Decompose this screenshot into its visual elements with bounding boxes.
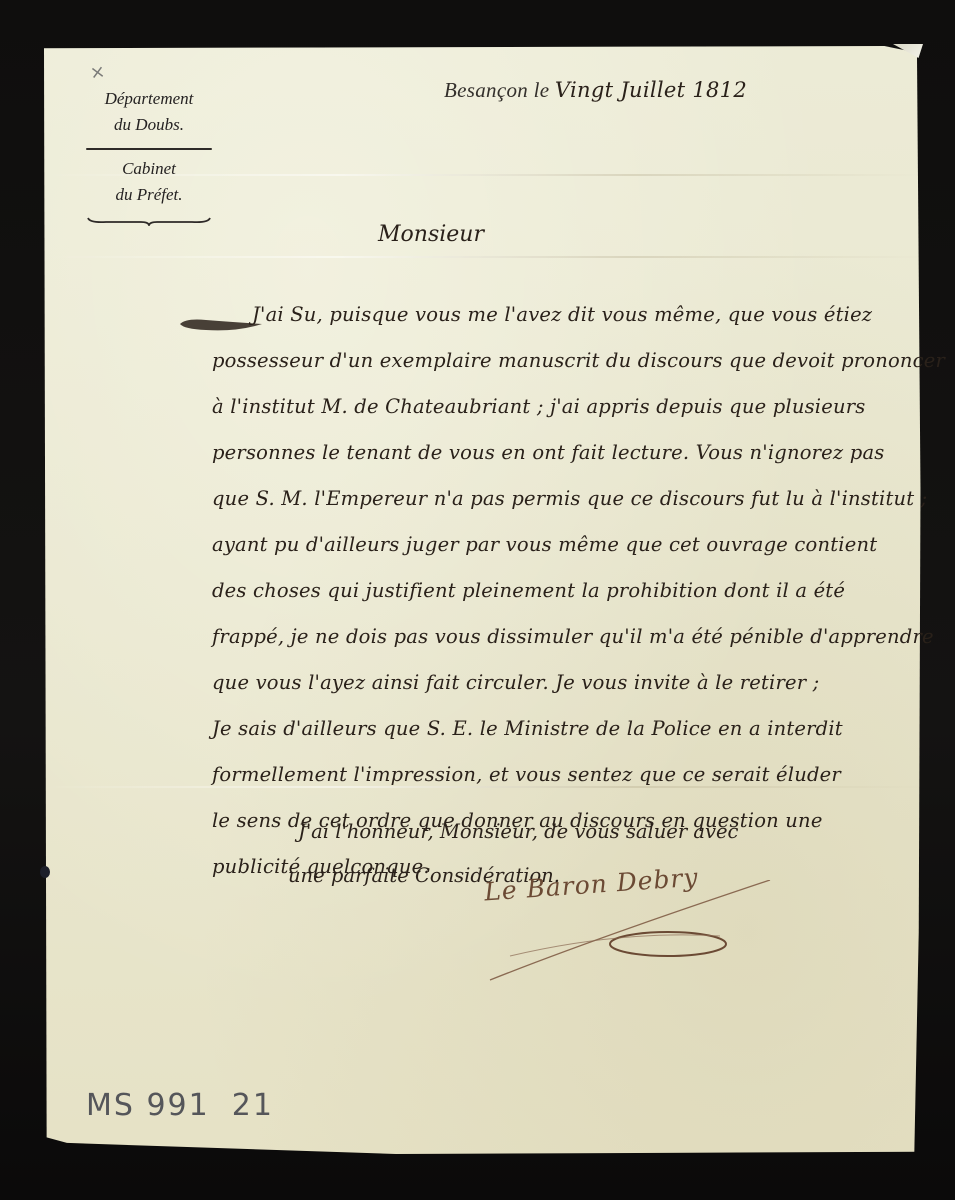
dateline: Besançon le Vingt Juillet 1812 xyxy=(444,78,747,103)
body-line: que S. M. l'Empereur n'a pas permis que … xyxy=(212,476,912,522)
body-line: formellement l'impression, et vous sente… xyxy=(212,752,912,798)
body-line: des choses qui justifient pleinement la … xyxy=(212,568,912,614)
body-line: J'ai Su, puisque vous me l'avez dit vous… xyxy=(212,292,912,338)
brace-ornament xyxy=(86,216,212,226)
letterhead-prefect: du Préfet. xyxy=(84,182,214,208)
shelfmark-item: 21 xyxy=(232,1088,274,1123)
pencil-mark: × xyxy=(89,61,107,84)
body-line: ayant pu d'ailleurs juger par vous même … xyxy=(212,522,912,568)
body-line: personnes le tenant de vous en ont fait … xyxy=(212,430,912,476)
body-line: frappé, je ne dois pas vous dissimuler q… xyxy=(212,614,912,660)
body-line: que vous l'ayez ainsi fait circuler. Je … xyxy=(212,660,912,706)
shelfmark: MS 99121 xyxy=(86,1088,274,1123)
dateline-place: Besançon le xyxy=(444,78,549,102)
scan-background: × Département du Doubs. Cabinet du Préfe… xyxy=(0,0,955,1200)
letterhead-department: Département xyxy=(84,86,214,112)
punch-hole xyxy=(40,866,50,878)
body-line: à l'institut M. de Chateaubriant ; j'ai … xyxy=(212,384,912,430)
dateline-date: Vingt Juillet 1812 xyxy=(555,78,747,102)
letterhead-cabinet: Cabinet xyxy=(84,156,214,182)
salutation: Monsieur xyxy=(378,222,484,247)
letterhead-divider xyxy=(86,148,212,150)
shelfmark-collection: MS 991 xyxy=(86,1088,210,1123)
body-line: Je sais d'ailleurs que S. E. le Ministre… xyxy=(212,706,912,752)
letterhead-region: du Doubs. xyxy=(84,112,214,138)
letterhead: Département du Doubs. Cabinet du Préfet. xyxy=(84,86,214,231)
paper-fold xyxy=(44,256,924,258)
letter-body: J'ai Su, puisque vous me l'avez dit vous… xyxy=(212,292,912,890)
closing-line: J'ai l'honneur, Monsieur, de vous saluer… xyxy=(298,810,858,854)
body-line: possesseur d'un exemplaire manuscrit du … xyxy=(212,338,912,384)
